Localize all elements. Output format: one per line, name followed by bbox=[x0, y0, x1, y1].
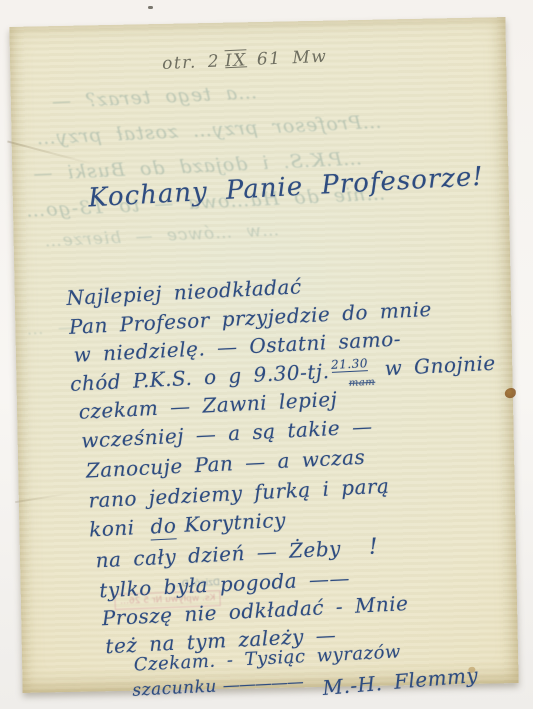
bleedthrough-line: …a tego teraz? — bbox=[50, 81, 257, 113]
bleedthrough-line: …w …ówce — bierze… bbox=[43, 220, 279, 251]
pencil-annotation: otr. 2IX61 Mw bbox=[162, 47, 328, 74]
paper-crease bbox=[15, 492, 75, 504]
document-scan: …a tego teraz? — …Profesor przy… został … bbox=[0, 0, 533, 709]
scanner-debris-speck bbox=[148, 6, 153, 9]
letter-line-4-text: w Gnojnie bbox=[384, 351, 496, 380]
signature: M.-H. Flemmy bbox=[322, 663, 480, 700]
closing-dash: ————— bbox=[222, 672, 303, 696]
closing-word: szacunku bbox=[132, 677, 217, 701]
annotation-received: otr. 2 bbox=[162, 51, 221, 74]
ink-stain bbox=[505, 388, 516, 398]
letter-paper: …a tego teraz? — …Profesor przy… został … bbox=[9, 17, 518, 693]
underlined-word: do bbox=[150, 513, 177, 540]
exclamation-mark: ! bbox=[368, 534, 379, 559]
annotation-month: IX bbox=[225, 50, 248, 71]
letter-line-9-text: koni bbox=[89, 515, 136, 541]
annotation-year: 61 Mw bbox=[256, 47, 327, 70]
letter-line-9-text: Korytnicy bbox=[184, 508, 287, 537]
inserted-time-correction: 21.30 bbox=[331, 356, 369, 373]
letter-line-9: konidoKorytnicy bbox=[89, 508, 287, 542]
bleedthrough-line: …Profesor przy… został przy… bbox=[35, 111, 382, 150]
struck-word: mam bbox=[349, 377, 376, 389]
letter-line-10-text: na cały dzień — Żeby bbox=[95, 536, 341, 572]
